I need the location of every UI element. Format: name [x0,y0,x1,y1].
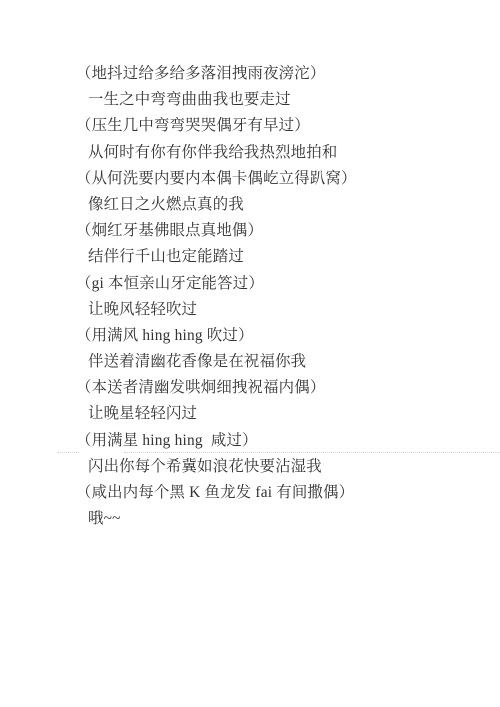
phonetic-line: （用满风 hing hing 吹过） [0,323,500,349]
lyric-line: 一生之中弯弯曲曲我也要走过 [0,87,500,113]
phonetic-line: （地抖过给多给多落泪拽雨夜滂沱） [0,61,500,87]
lyric-line: 伴送着清幽花香像是在祝福你我 [0,349,500,375]
lyric-line: 像红日之火燃点真的我 [0,192,500,218]
dotted-divider [57,452,79,453]
phonetic-line: （本送者清幽发哄炯细拽祝福内偶） [0,375,500,401]
phonetic-line: （炯红牙基佛眼点真地偶） [0,218,500,244]
lyric-line: 从何时有你有你伴我给我热烈地拍和 [0,140,500,166]
phonetic-line: （从何洗要内要内本偶卡偶屹立得趴窝） [0,166,500,192]
lyric-line: 结伴行千山也定能踏过 [0,244,500,270]
lyrics-block: （地抖过给多给多落泪拽雨夜滂沱） 一生之中弯弯曲曲我也要走过 （压生几中弯弯哭哭… [0,61,500,532]
lyric-line: 哦~~ [0,506,500,532]
phonetic-line: （咸出内每个黑 K 鱼龙发 fai 有间撒偶） [0,480,500,506]
lyric-line: 让晚风轻轻吹过 [0,297,500,323]
phonetic-line: （用满星 hing hing 咸过） [0,428,500,454]
dotted-divider [124,452,500,453]
lyric-line: 闪出你每个希冀如浪花快要沾湿我 [0,454,500,480]
phonetic-line: （gi 本恒亲山牙定能答过） [0,271,500,297]
document-page: （地抖过给多给多落泪拽雨夜滂沱） 一生之中弯弯曲曲我也要走过 （压生几中弯弯哭哭… [0,0,500,707]
phonetic-line: （压生几中弯弯哭哭偶牙有早过） [0,113,500,139]
lyric-line: 让晚星轻轻闪过 [0,401,500,427]
